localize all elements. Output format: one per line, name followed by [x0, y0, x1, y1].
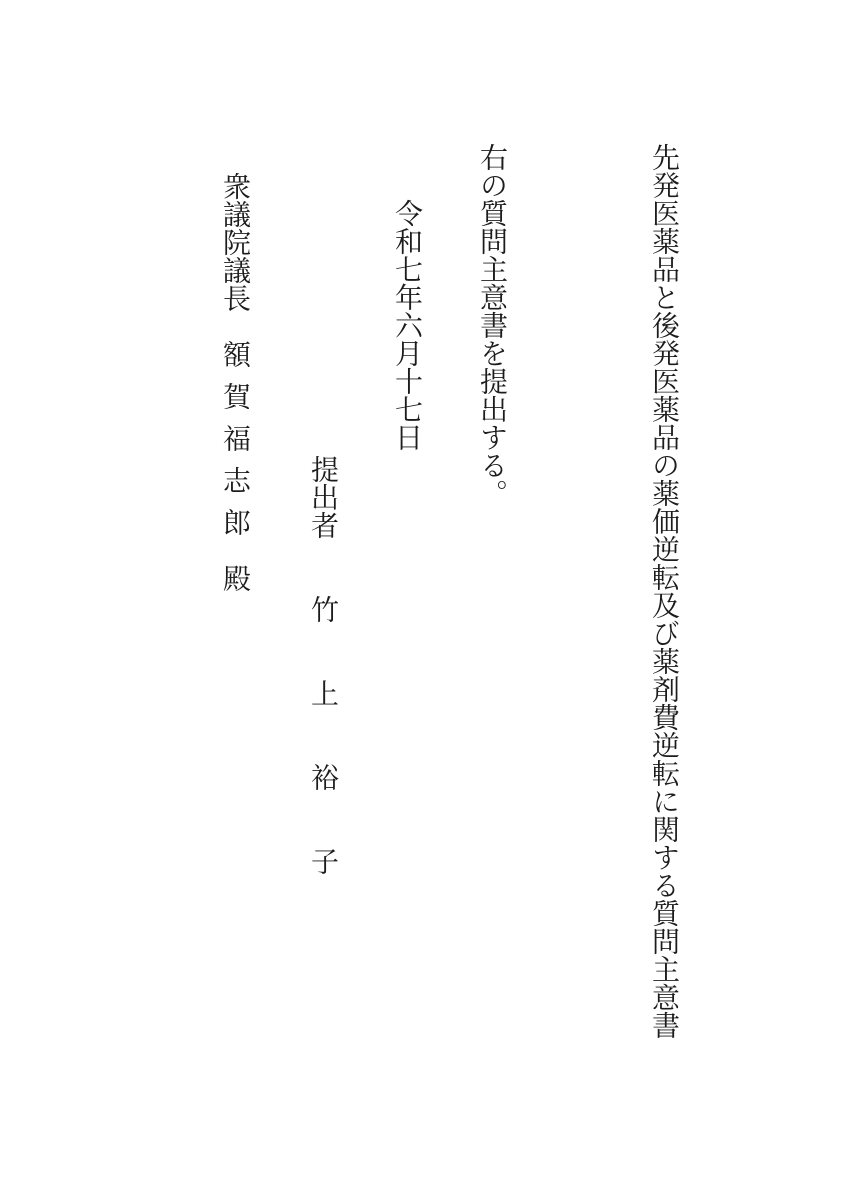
- submitter-name: 竹上裕子: [307, 595, 338, 931]
- submission-statement: 右の質問主意書を提出する。: [477, 143, 505, 507]
- addressee-line: 衆議院議長額賀福志郎殿: [220, 172, 248, 592]
- addressee-honorific: 殿: [219, 564, 250, 592]
- submitter-label: 提出者: [307, 455, 338, 539]
- submission-date: 令和七年六月十七日: [392, 199, 420, 451]
- submitter-line: 提出者竹上裕子: [308, 455, 336, 931]
- addressee-office: 衆議院議長: [219, 172, 250, 312]
- document-page: 先発医薬品と後発医薬品の薬価逆転及び薬剤費逆転に関する質問主意書 右の質問主意書…: [0, 0, 849, 1200]
- addressee-name: 額賀福志郎: [219, 340, 250, 550]
- document-title: 先発医薬品と後発医薬品の薬価逆転及び薬剤費逆転に関する質問主意書: [649, 143, 677, 1039]
